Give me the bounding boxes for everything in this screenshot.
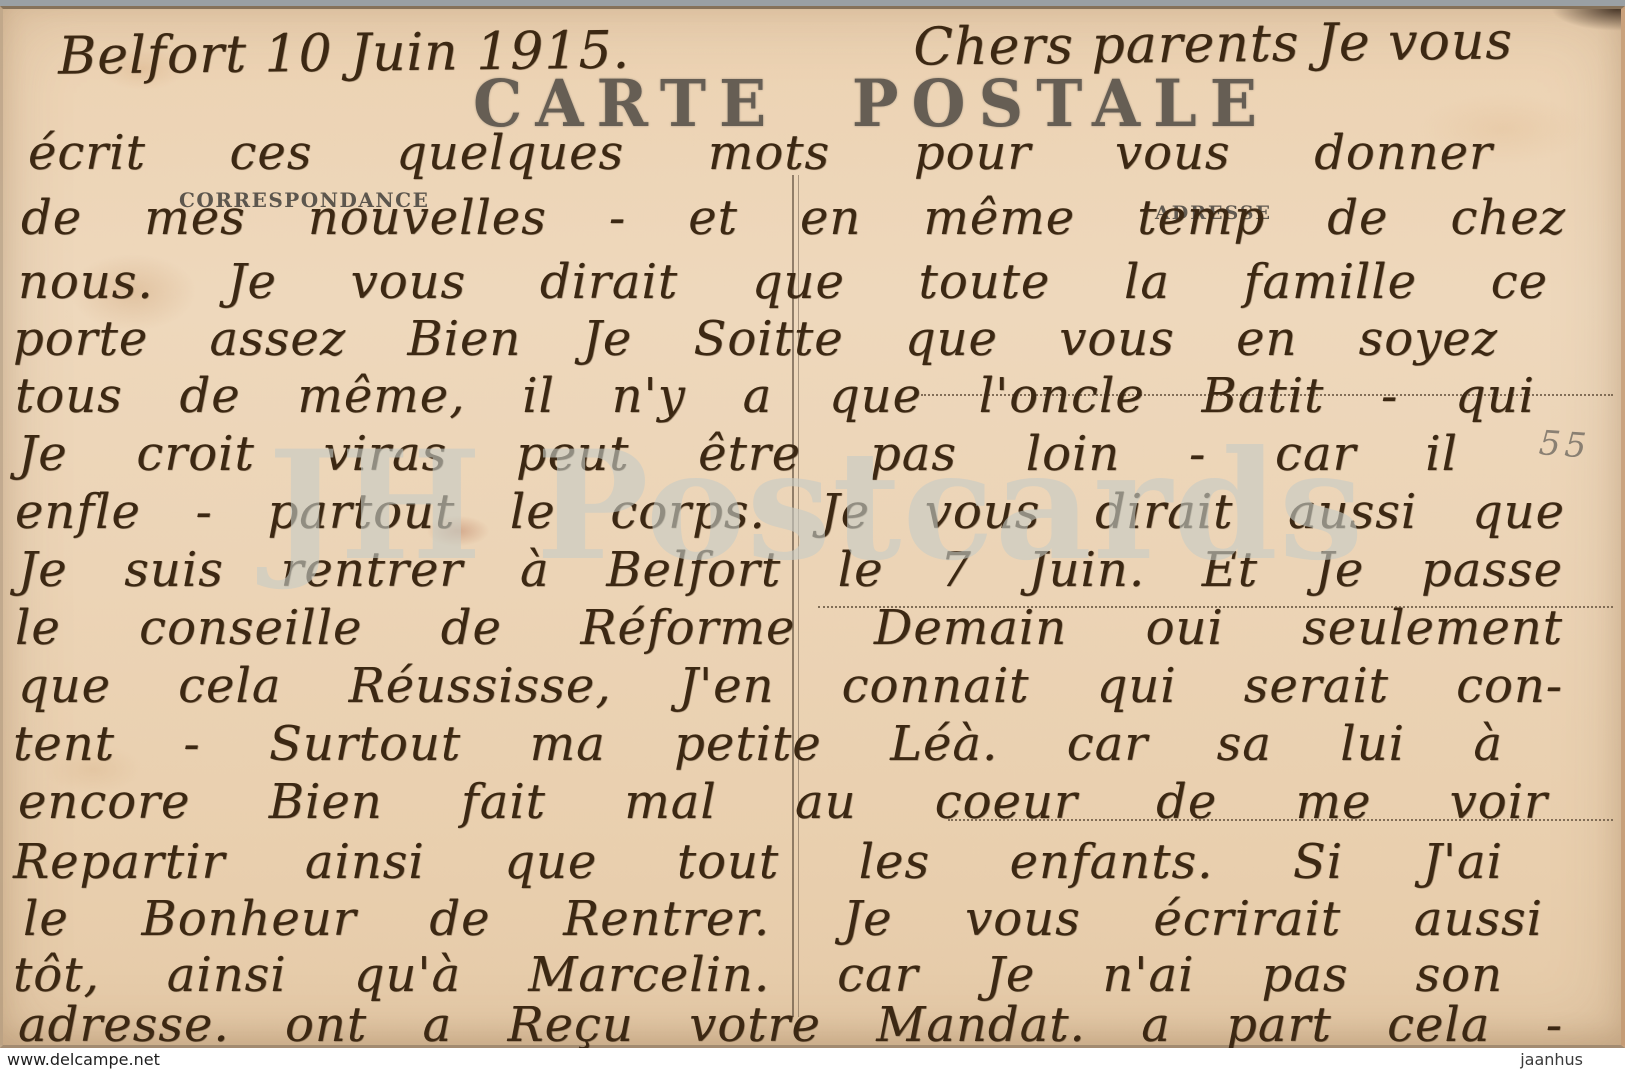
handwriting-line: le conseille de Réforme Demain oui seule… (15, 602, 1563, 655)
handwriting-line: nous. Je vous dirait que toute la famill… (18, 256, 1548, 309)
handwriting-line: de mes nouvelles - et en même temp de ch… (21, 192, 1566, 245)
handwriting-line: que cela Réussisse, J'en connait qui ser… (18, 660, 1563, 713)
corner-stain (1551, 9, 1621, 31)
handwriting-line: le Bonheur de Rentrer. Je vous écrirait … (23, 893, 1543, 946)
dateline-place-date: Belfort 10 Juin 1915. (58, 23, 631, 86)
handwriting-dateline: Belfort 10 Juin 1915. Chers parents Je v… (58, 13, 1514, 85)
pencil-number-note: 55 (1538, 423, 1592, 466)
handwriting-line: Repartir ainsi que tout les enfants. Si … (13, 836, 1503, 889)
footer-credit-left: www.delcampe.net (7, 1050, 160, 1069)
handwriting-line: porte assez Bien Je Soitte que vous en s… (13, 313, 1498, 366)
footer-strip: www.delcampe.net jaanhus (0, 1048, 1625, 1072)
postcard-scan: CARTE POSTALE CORRESPONDANCE ADRESSE Bel… (0, 0, 1625, 1072)
handwriting-line: tent - Surtout ma petite Léà. car sa lui… (13, 718, 1503, 771)
handwriting-line: écrit ces quelques mots pour vous donner (28, 127, 1493, 180)
seller-watermark: JH Postcards (268, 418, 1364, 594)
dateline-salutation: Chers parents Je vous (913, 13, 1513, 76)
handwriting-line: adresse. ont a Reçu votre Mandat. a part… (18, 999, 1563, 1052)
handwriting-line: tous de même, il n'y a que l'oncle Batit… (15, 370, 1535, 423)
handwriting-line: encore Bien fait mal au coeur de me voir (18, 776, 1548, 829)
handwriting-line: tôt, ainsi qu'à Marcelin. car Je n'ai pa… (13, 949, 1503, 1002)
footer-credit-right: jaanhus (1520, 1050, 1583, 1069)
